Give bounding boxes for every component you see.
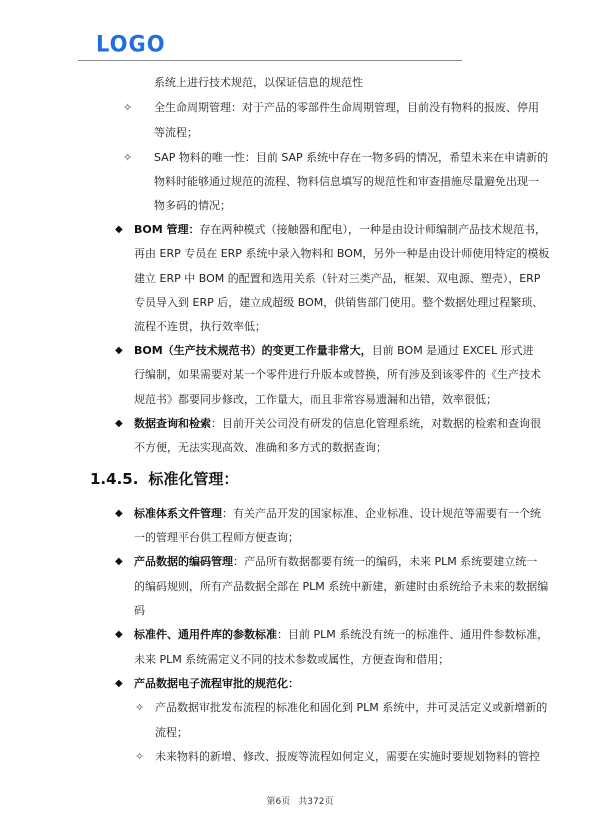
page-number: 第6页 (267, 797, 291, 807)
sub-item-text: 未来物料的新增、修改、报废等流程如何定义，需要在实施时要规划物料的管控 (155, 750, 540, 764)
sub-item-text: 等流程； (154, 126, 198, 140)
page-total: 共372页 (298, 797, 333, 807)
item-heading: 标准体系文件管理 (134, 507, 222, 520)
list-item: BOM 管理：存在两种模式（接触器和配电），一种是由设计师编制产品技术规范书， (134, 223, 546, 237)
item-heading: BOM（生产技术规范书）的变更工作量非常大， (134, 344, 372, 357)
item-heading: BOM 管理： (134, 223, 200, 236)
diamond-bullet-icon: ◆ (115, 508, 123, 519)
item-heading: 数据查询和检索 (134, 417, 211, 430)
diamond-bullet-icon: ◆ (115, 678, 123, 689)
diamond-bullet-icon: ◆ (115, 345, 123, 356)
diamond-bullet-icon: ◆ (115, 224, 123, 235)
sub-item-text: 全生命周期管理：对于产品的零部件生命周期管理，目前没有物料的报废、停用 (154, 101, 539, 115)
sub-item-text: 物多码的情况； (154, 199, 231, 213)
list-item-text: 流程不连贯，执行效率低； (134, 320, 266, 334)
list-item-text: 不方便，无法实现高效、准确和多方式的数据查询； (134, 441, 387, 455)
list-item: 数据查询和检索：目前开关公司没有研发的信息化管理系统，对数据的检索和查询很 (134, 417, 541, 431)
item-heading: 产品数据电子流程审批的规范化： (134, 677, 299, 690)
list-item-text: 一的管理平台供工程师方便查询； (134, 531, 299, 545)
diamond-bullet-icon: ◆ (115, 418, 123, 429)
continuation-text: 系统上进行技术规范，以保证信息的规范性 (154, 76, 363, 90)
section-heading: 1.4.5.标准化管理： (90, 468, 238, 489)
list-item-text: 未来 PLM 系统需定义不同的技术参数或属性，方便查询和借用； (134, 653, 449, 667)
hollow-diamond-icon: ✧ (135, 701, 144, 714)
list-item-text: 建立 ERP 中 BOM 的配置和选用关系（针对三类产品，框架、双电源、塑壳），… (134, 272, 540, 286)
diamond-bullet-icon: ◆ (115, 556, 123, 567)
list-item: BOM（生产技术规范书）的变更工作量非常大，目前 BOM 是通过 EXCEL 形… (134, 344, 534, 358)
sub-item-text: SAP 物料的唯一性：目前 SAP 系统中存在一物多码的情况，希望未来在申请新的 (154, 151, 548, 165)
sub-item-text: 物料时能够通过规范的流程、物料信息填写的规范性和审查措施尽量避免出现一 (154, 175, 539, 189)
header-divider (78, 60, 462, 61)
list-item-text: 码 (134, 604, 145, 618)
hollow-diamond-icon: ✧ (135, 750, 144, 763)
item-heading: 产品数据的编码管理 (134, 555, 233, 568)
sub-item-text: 流程； (155, 726, 188, 740)
page-footer: 第6页共372页 (0, 794, 600, 807)
hollow-diamond-icon: ✧ (123, 151, 132, 164)
list-item-text: 规范书》都要同步修改，工作量大，而且非常容易遗漏和出错，效率很低； (134, 393, 497, 407)
list-item-text: 行编制，如果需要对某一个零件进行升版本或替换，所有涉及到该零件的《生产技术 (134, 368, 541, 382)
diamond-bullet-icon: ◆ (115, 629, 123, 640)
list-item: 产品数据的编码管理：产品所有数据都要有统一的编码，未来 PLM 系统要建立统一 (134, 555, 537, 569)
list-item: 产品数据电子流程审批的规范化： (134, 677, 299, 691)
section-title: 标准化管理： (148, 470, 238, 488)
logo: LOGO (96, 32, 166, 55)
list-item: 标准件、通用件库的参数标准：目前 PLM 系统没有统一的标准件、通用件参数标准， (134, 628, 548, 642)
item-heading: 标准件、通用件库的参数标准 (134, 628, 277, 641)
list-item: 标准体系文件管理：有关产品开发的国家标准、企业标准、设计规范等需要有一个统 (134, 507, 541, 521)
section-number: 1.4.5. (90, 470, 138, 488)
list-item-text: 的编码规则，所有产品数据全部在 PLM 系统中新建，新建时由系统给予未来的数据编 (134, 580, 548, 594)
hollow-diamond-icon: ✧ (123, 101, 132, 114)
sub-item-text: 产品数据审批发布流程的标准化和固化到 PLM 系统中，并可灵活定义或新增新的 (155, 701, 547, 715)
list-item-text: 再由 ERP 专员在 ERP 系统中录入物料和 BOM，另外一种是由设计师使用特… (134, 247, 549, 261)
list-item-text: 专员导入到 ERP 后，建立成超级 BOM，供销售部门使用。整个数据处理过程繁琐… (134, 296, 543, 310)
